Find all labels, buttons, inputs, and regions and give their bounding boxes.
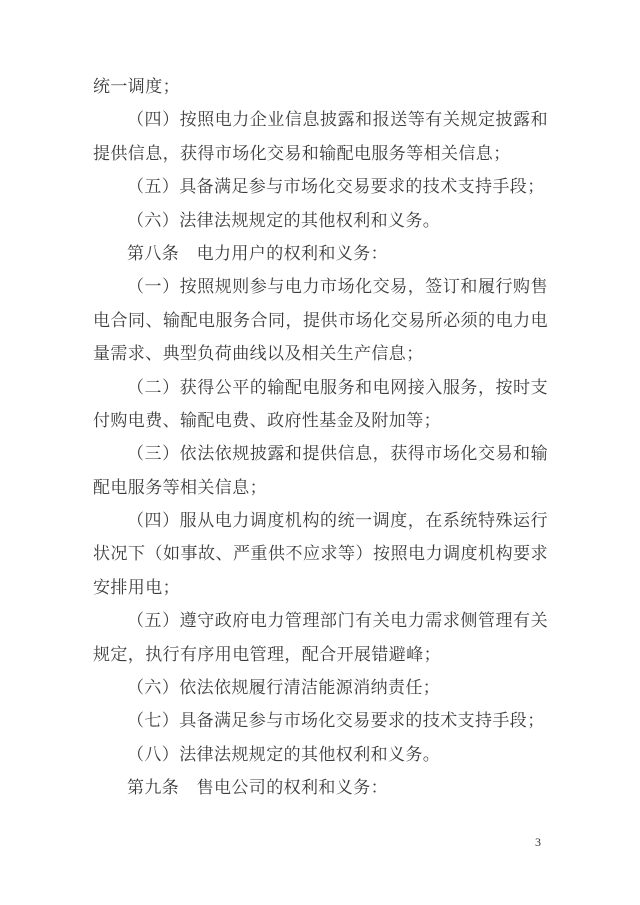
text-line: 第八条 电力用户的权利和义务： bbox=[93, 237, 548, 270]
text-line: 规定，执行有序用电管理，配合开展错避峰； bbox=[93, 638, 548, 671]
text-line: （五）具备满足参与市场化交易要求的技术支持手段； bbox=[93, 170, 548, 203]
text-line: （四）按照电力企业信息披露和报送等有关规定披露和 bbox=[93, 103, 548, 136]
text-line: （五）遵守政府电力管理部门有关电力需求侧管理有关 bbox=[93, 604, 548, 637]
document-body: 统一调度；（四）按照电力企业信息披露和报送等有关规定披露和提供信息，获得市场化交… bbox=[93, 70, 548, 805]
text-line: 电合同、输配电服务合同，提供市场化交易所必须的电力电 bbox=[93, 304, 548, 337]
text-line: （八）法律法规规定的其他权利和义务。 bbox=[93, 738, 548, 771]
page-number: 3 bbox=[528, 834, 548, 850]
text-line: 统一调度； bbox=[93, 70, 548, 103]
text-line: 第九条 售电公司的权利和义务： bbox=[93, 771, 548, 804]
text-line: 状况下（如事故、严重供不应求等）按照电力调度机构要求 bbox=[93, 537, 548, 570]
text-line: （六）依法依规履行清洁能源消纳责任； bbox=[93, 671, 548, 704]
text-line: 提供信息，获得市场化交易和输配电服务等相关信息； bbox=[93, 137, 548, 170]
document-page: 统一调度；（四）按照电力企业信息披露和报送等有关规定披露和提供信息，获得市场化交… bbox=[0, 0, 640, 905]
text-line: 配电服务等相关信息； bbox=[93, 471, 548, 504]
text-line: （七）具备满足参与市场化交易要求的技术支持手段； bbox=[93, 704, 548, 737]
text-line: 付购电费、输配电费、政府性基金及附加等； bbox=[93, 404, 548, 437]
text-line: （三）依法依规披露和提供信息，获得市场化交易和输 bbox=[93, 437, 548, 470]
text-line: （四）服从电力调度机构的统一调度，在系统特殊运行 bbox=[93, 504, 548, 537]
text-line: （二）获得公平的输配电服务和电网接入服务，按时支 bbox=[93, 371, 548, 404]
text-line: （六）法律法规规定的其他权利和义务。 bbox=[93, 204, 548, 237]
text-line: （一）按照规则参与电力市场化交易，签订和履行购售 bbox=[93, 270, 548, 303]
text-line: 量需求、典型负荷曲线以及相关生产信息； bbox=[93, 337, 548, 370]
text-line: 安排用电； bbox=[93, 571, 548, 604]
